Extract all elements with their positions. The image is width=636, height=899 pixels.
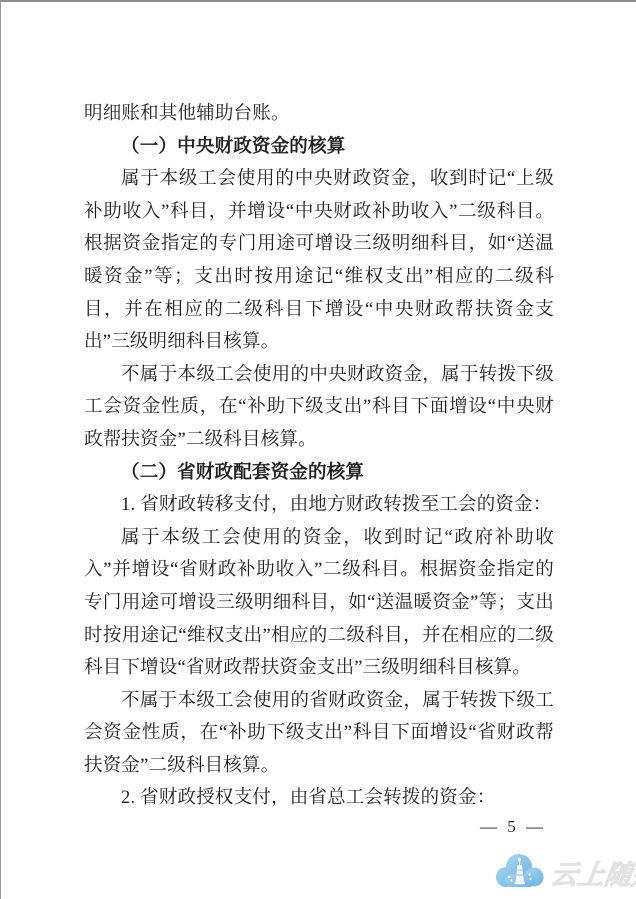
paragraph: 属于本级工会使用的中央财政资金，收到时记“上级补助收入”科目，并增设“中央财政补… [84,163,554,359]
paragraph: 2. 省财政授权支付，由省总工会转拨的资金： [84,782,554,815]
paragraph: 属于本级工会使用的资金，收到时记“政府补助收入”并增设“省财政补助收入”二级科目… [84,522,554,685]
heading: （一）中央财政资金的核算 [84,131,554,164]
watermark: 云上随州 [493,850,636,894]
cloud-tower-icon [493,850,547,894]
paragraph: 1. 省财政转移支付，由地方财政转拨至工会的资金： [84,489,554,522]
paragraph: 不属于本级工会使用的中央财政资金，属于转拨下级工会资金性质，在“补助下级支出”科… [84,359,554,457]
page-number: — 5 — [453,817,573,837]
paragraph-continuation: 明细账和其他辅助台账。 [84,98,554,131]
watermark-text: 云上随州 [548,853,636,892]
document-page: 明细账和其他辅助台账。（一）中央财政资金的核算属于本级工会使用的中央财政资金，收… [0,0,636,899]
document-body: 明细账和其他辅助台账。（一）中央财政资金的核算属于本级工会使用的中央财政资金，收… [84,98,554,815]
paragraph: 不属于本级工会使用的省财政资金，属于转拨下级工会资金性质，在“补助下级支出”科目… [84,685,554,783]
heading: （二）省财政配套资金的核算 [84,457,554,490]
